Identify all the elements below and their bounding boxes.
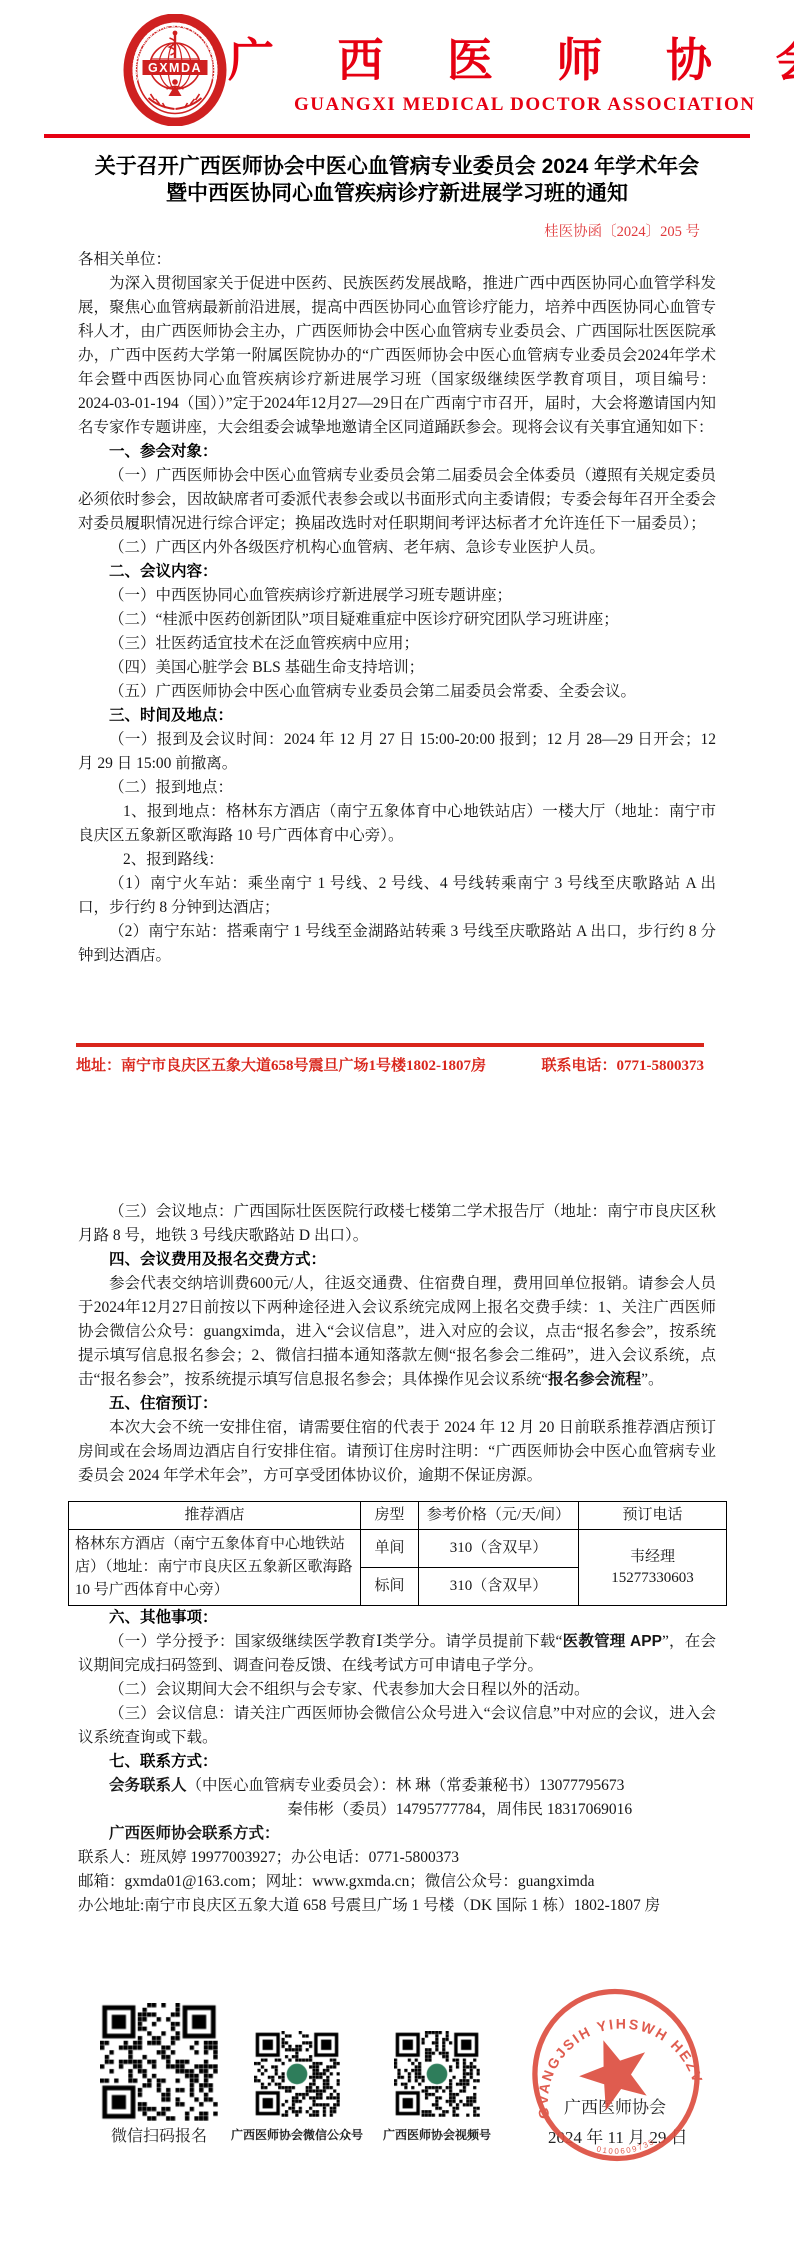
footer-phone: 联系电话：0771-5800373 (542, 1054, 705, 1075)
section2-item2: （二）“桂派中医药创新团队”项目疑难重症中医诊疗研究团队学习班讲座； (78, 608, 716, 632)
fees-text-end: ”。 (641, 1371, 663, 1388)
price-cell: 310（含双早） (419, 1568, 579, 1606)
wechat-official-account-qr-code (254, 2031, 340, 2117)
association-contact-person: 联系人：班凤婷 19977003927；办公电话：0771-5800373 (78, 1846, 716, 1870)
room-type-cell: 标间 (361, 1568, 419, 1606)
price-cell: 310（含双早） (419, 1530, 579, 1568)
section7-heading: 七、联系方式： (78, 1750, 716, 1774)
manager-name: 韦经理 (585, 1547, 720, 1568)
notice-document: GUANGXI MEDICAL DOCTOR ASSOCIATION GXMDA (0, 0, 794, 2246)
footer-divider (76, 1043, 704, 1047)
col-room-type: 房型 (361, 1502, 419, 1530)
col-price: 参考价格（元/天/间） (419, 1502, 579, 1530)
table-row: 格林东方酒店（南宁五象体育中心地铁站店）（地址：南宁市良庆区五象新区歌海路 10… (69, 1530, 727, 1568)
header-divider (44, 134, 750, 138)
col-phone: 预订电话 (579, 1502, 727, 1530)
app-name-bold: 医教管理 APP (562, 1633, 662, 1650)
footer-address: 地址：南宁市良庆区五象大道658号震旦广场1号楼1802-1807房 (76, 1054, 486, 1075)
section3-route1: （1）南宁火车站：乘坐南宁 1 号线、2 号线、4 号线转乘南宁 3 号线至庆歌… (78, 872, 716, 920)
association-contact-heading: 广西医师协会联系方式： (78, 1822, 716, 1846)
section2-item3: （三）壮医药适宜技术在泛血管疾病中应用； (78, 632, 716, 656)
section1-item2: （二）广西区内外各级医疗机构心血管病、老年病、急诊专业医护人员。 (78, 536, 716, 560)
section5-heading: 五、住宿预订： (78, 1392, 716, 1416)
association-contact-online: 邮箱：gxmda01@163.com；网址：www.gxmda.cn；微信公众号… (78, 1870, 716, 1894)
page1-footer: 地址：南宁市良庆区五象大道658号震旦广场1号楼1802-1807房 联系电话：… (76, 1043, 704, 1075)
video-qr-caption: 广西医师协会视频号 (362, 2126, 512, 2143)
official-seal: GVANGJSIH YIHSWH HEZVEI 广西医师协会 010060973… (511, 1969, 721, 2182)
salutation: 各相关单位： (78, 248, 716, 272)
section3-route2: （2）南宁东站：搭乘南宁 1 号线至金湖路站转乘 3 号线至庆歌路站 A 出口，… (78, 920, 716, 968)
fees-bold-text: 报名参会流程 (548, 1371, 641, 1388)
section3-sub1: 1、报到地点：格林东方酒店（南宁五象体育中心地铁站店）一楼大厅（地址：南宁市良庆… (78, 800, 716, 848)
hotel-name-cell: 格林东方酒店（南宁五象体育中心地铁站店）（地址：南宁市良庆区五象新区歌海路 10… (69, 1530, 361, 1606)
section2-item4: （四）美国心脏学会 BLS 基础生命支持培训； (78, 656, 716, 680)
wechat-qr-caption: 广西医师协会微信公众号 (222, 2126, 372, 2143)
contact-line1: 会务联系人（中医心血管病专业委员会）：林 琳（常委兼秘书）13077795673 (78, 1774, 716, 1798)
col-hotel: 推荐酒店 (69, 1502, 361, 1530)
section4-paragraph: 参会代表交纳培训费600元/人，往返交通费、住宿费自理，费用回单位报销。请参会人… (78, 1272, 716, 1392)
hotel-table: 推荐酒店 房型 参考价格（元/天/间） 预订电话 格林东方酒店（南宁五象体育中心… (68, 1501, 727, 1606)
section6-item3: （三）会议信息：请关注广西医师协会微信公众号进入“会议信息”中对应的会议，进入会… (78, 1702, 716, 1750)
section2-item1: （一）中西医协同心血管疾病诊疗新进展学习班专题讲座； (78, 584, 716, 608)
room-type-cell: 单间 (361, 1530, 419, 1568)
booking-phone-cell: 韦经理 15277330603 (579, 1530, 727, 1606)
section4-heading: 四、会议费用及报名交费方式： (78, 1248, 716, 1272)
notice-title: 关于召开广西医师协会中医心血管病专业委员会 2024 年学术年会 暨中西医协同心… (0, 153, 794, 207)
contact-rest: （中医心血管病专业委员会）：林 琳（常委兼秘书）13077795673 (187, 1777, 625, 1794)
section1-item1: （一）广西医师协会中医心血管病专业委员会第二届委员会全体委员（遵照有关规定委员必… (78, 464, 716, 536)
video-channel-qr-code (394, 2031, 480, 2117)
contact-label: 会务联系人 (109, 1777, 187, 1794)
logo-abbr: GXMDA (148, 61, 202, 75)
org-name-en: GUANGXI MEDICAL DOCTOR ASSOCIATION (228, 94, 794, 116)
intro-paragraph: 为深入贯彻国家关于促进中医药、民族医药发展战略，推进广西中西医协同心血管学科发展… (78, 272, 716, 440)
section6-item2: （二）会议期间大会不组织与会专家、代表参加大会日程以外的活动。 (78, 1678, 716, 1702)
registration-qr-caption: 微信扫码报名 (88, 2123, 230, 2146)
section3-heading: 三、时间及地点： (78, 704, 716, 728)
org-name-cn: 广 西 医 师 协 会 (228, 24, 794, 90)
section3-item1: （一）报到及会议时间：2024 年 12 月 27 日 15:00-20:00 … (78, 728, 716, 776)
section2-heading: 二、会议内容： (78, 560, 716, 584)
section2-item5: （五）广西医师协会中医心血管病专业委员会第二届委员会常委、全委会议。 (78, 680, 716, 704)
section3-item2: （二）报到地点： (78, 776, 716, 800)
section6-item1: （一）学分授予：国家级继续医学教育Ⅰ类学分。请学员提前下载“医教管理 APP”，… (78, 1630, 716, 1678)
title-line2: 暨中西医协同心血管疾病诊疗新进展学习班的通知 (0, 180, 794, 207)
section1-heading: 一、参会对象： (78, 440, 716, 464)
document-number: 桂医协函〔2024〕205 号 (0, 220, 700, 241)
page2-body: （三）会议地点：广西国际壮医医院行政楼七楼第二学术报告厅（地址：南宁市良庆区秋月… (78, 1200, 716, 1918)
manager-phone: 15277330603 (585, 1568, 720, 1589)
letterhead: GUANGXI MEDICAL DOCTOR ASSOCIATION GXMDA (0, 0, 794, 126)
section3-sub2: 2、报到路线： (78, 848, 716, 872)
page1-body: 各相关单位： 为深入贯彻国家关于促进中医药、民族医药发展战略，推进广西中西医协同… (78, 248, 716, 968)
credits-text: （一）学分授予：国家级继续医学教育Ⅰ类学分。请学员提前下载“ (109, 1633, 562, 1650)
section6-heading: 六、其他事项： (78, 1606, 716, 1630)
registration-qr-code (100, 2003, 218, 2121)
section5-paragraph: 本次大会不统一安排住宿，请需要住宿的代表于 2024 年 12 月 20 日前联… (78, 1416, 716, 1488)
association-contact-address: 办公地址:南宁市良庆区五象大道 658 号震旦广场 1 号楼（DK 国际 1 栋… (78, 1894, 716, 1918)
association-logo: GUANGXI MEDICAL DOCTOR ASSOCIATION GXMDA (122, 14, 228, 126)
signature-block: 微信扫码报名 广西医师协会微信公众号 广西医师协会视频号 广西医师协会 2024… (0, 1985, 794, 2245)
contact-line2: 秦伟彬（委员）14795777784，周伟民 18317069016 (78, 1798, 716, 1822)
title-line1: 关于召开广西医师协会中医心血管病专业委员会 2024 年学术年会 (0, 153, 794, 180)
hotel-table-header-row: 推荐酒店 房型 参考价格（元/天/间） 预订电话 (69, 1502, 727, 1530)
section3-item3: （三）会议地点：广西国际壮医医院行政楼七楼第二学术报告厅（地址：南宁市良庆区秋月… (78, 1200, 716, 1248)
